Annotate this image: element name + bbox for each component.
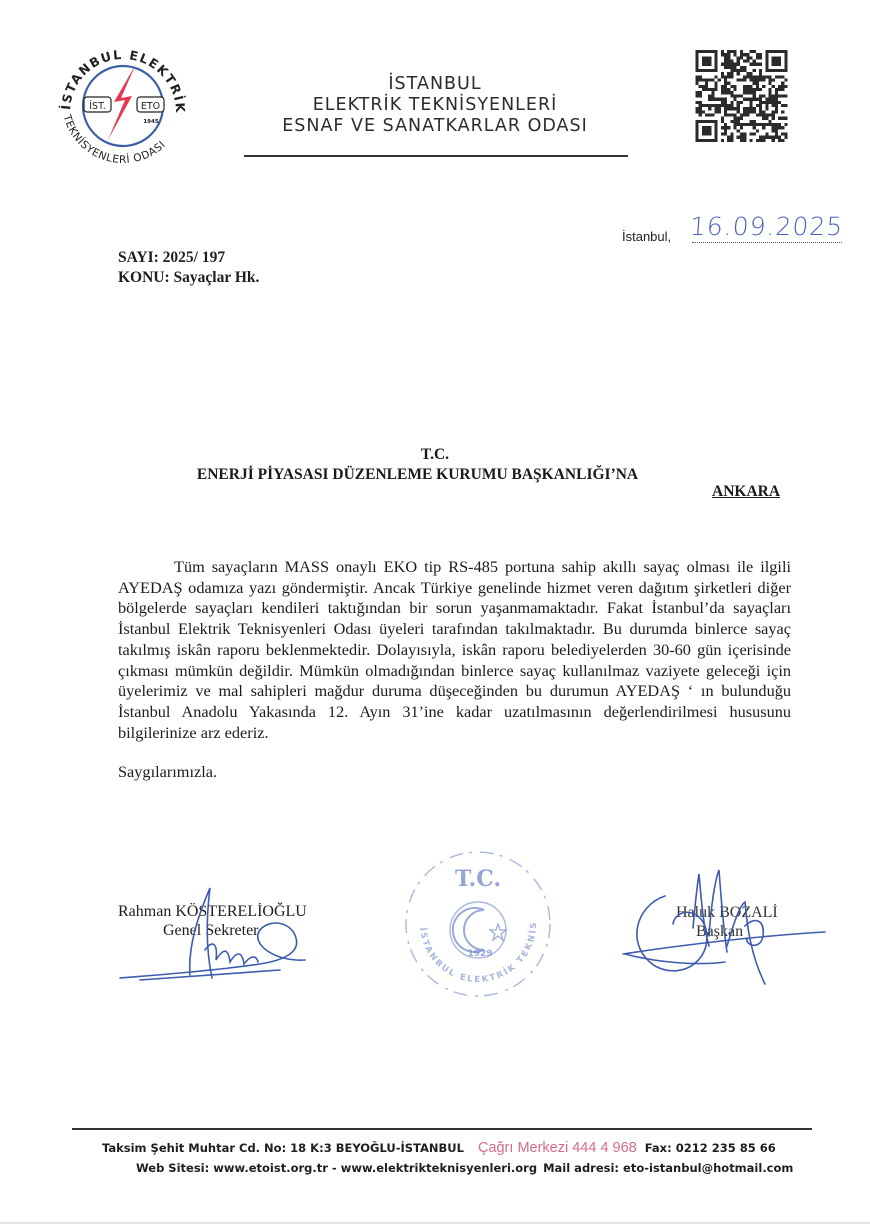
footer-address: Taksim Şehit Muhtar Cd. No: 18 K:3 BEYOĞ…	[102, 1141, 464, 1155]
recipient-line-tc: T.C.	[0, 445, 870, 465]
letter-body: Tüm sayaçların MASS onaylı EKO tip RS-48…	[118, 557, 791, 743]
svg-text:1945: 1945	[143, 119, 158, 125]
letter-meta: SAYI: 2025/ 197 KONU: Sayaçlar Hk.	[118, 248, 259, 288]
chamber-title-line: İSTANBUL	[240, 74, 630, 95]
svg-text:İSTANBUL ELEKTRİK.: İSTANBUL ELEKTRİK.	[52, 42, 188, 114]
svg-text:ETO: ETO	[141, 101, 160, 112]
date-dotted-line	[692, 242, 842, 243]
letter-subject: KONU: Sayaçlar Hk.	[118, 268, 259, 288]
footer-websites[interactable]: Web Sitesi: www.etoist.org.tr - www.elek…	[136, 1161, 537, 1175]
page-edge	[0, 1222, 870, 1224]
footer-web-line: Web Sitesi: www.etoist.org.tr - www.elek…	[136, 1161, 793, 1175]
footer-fax: Fax: 0212 235 85 66	[645, 1141, 776, 1155]
chamber-title-line: ESNAF VE SANATKARLAR ODASI	[240, 116, 630, 137]
handwritten-date: 16.09.2025	[689, 212, 844, 241]
recipient-authority: ENERJİ PİYASASI DÜZENLEME KURUMU BAŞKANL…	[0, 465, 870, 485]
svg-text:T.C.: T.C.	[455, 866, 501, 892]
lightning-bolt-icon	[108, 64, 136, 140]
header-divider	[244, 155, 628, 157]
date-label: İstanbul,	[622, 229, 671, 244]
svg-text:İST.: İST.	[89, 101, 106, 112]
chamber-title: İSTANBUL ELEKTRİK TEKNİSYENLERİ ESNAF VE…	[240, 74, 630, 137]
closing-salutation: Saygılarımızla.	[118, 762, 217, 782]
qr-code-icon	[695, 50, 788, 142]
footer-email[interactable]: Mail adresi: eto-istanbul@hotmail.com	[543, 1161, 793, 1175]
svg-text:1929: 1929	[467, 949, 492, 959]
letter-number: SAYI: 2025/ 197	[118, 248, 259, 268]
recipient-city: ANKARA	[712, 483, 780, 501]
signature-scribble-icon	[110, 880, 320, 990]
body-paragraph: Tüm sayaçların MASS onaylı EKO tip RS-48…	[118, 557, 791, 743]
official-stamp: T.C. 1929 İSTANBUL ELEKTRİK TEKNİSYENLER…	[398, 846, 558, 1002]
recipient-block: T.C. ENERJİ PİYASASI DÜZENLEME KURUMU BA…	[0, 445, 870, 485]
footer-contact-line: Taksim Şehit Muhtar Cd. No: 18 K:3 BEYOĞ…	[102, 1140, 802, 1156]
chamber-logo: İSTANBUL ELEKTRİK. TEKNİSYENLERİ ODASI İ…	[52, 42, 194, 164]
star-icon	[490, 924, 506, 940]
footer-divider	[72, 1128, 812, 1130]
footer-call-center: Çağrı Merkezi 444 4 968	[478, 1140, 637, 1156]
signature-scribble-icon	[615, 866, 835, 990]
date-line: İstanbul, 16.09.2025	[622, 212, 862, 246]
chamber-title-line: ELEKTRİK TEKNİSYENLERİ	[240, 95, 630, 116]
